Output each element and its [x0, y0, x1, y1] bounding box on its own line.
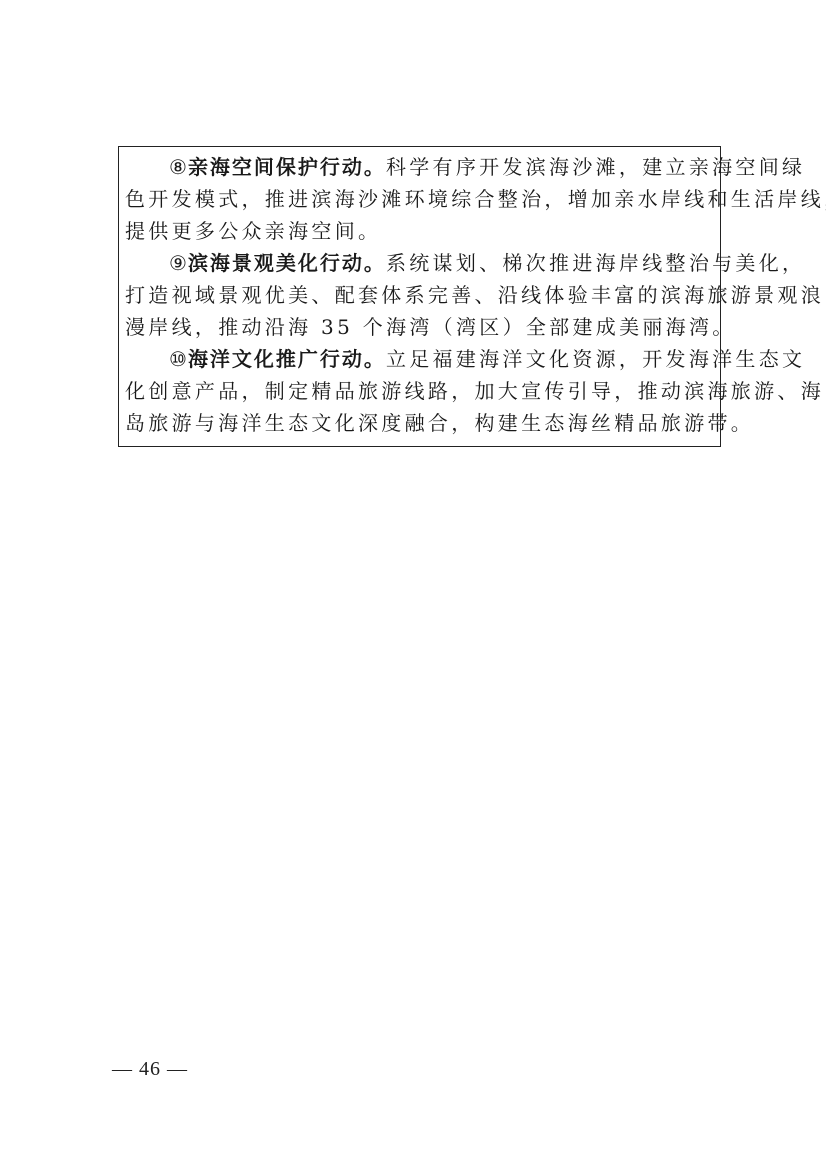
- item-9-line-2: 打造视域景观优美、配套体系完善、沿线体验丰富的滨海旅游景观浪: [125, 279, 715, 311]
- page-number: — 46 —: [112, 1058, 188, 1081]
- item-8-heading: 亲海空间保护行动。: [188, 155, 386, 179]
- item-10-line-2: 化创意产品，制定精品旅游线路，加大宣传引导，推动滨海旅游、海: [125, 375, 715, 407]
- item-9-heading: 滨海景观美化行动。: [188, 251, 386, 275]
- item-8-line-3: 提供更多公众亲海空间。: [125, 215, 715, 247]
- item-9-text-1: 系统谋划、梯次推进海岸线整治与美化，: [386, 251, 805, 275]
- item-8-number: ⑧: [169, 155, 187, 179]
- item-10-heading: 海洋文化推广行动。: [188, 347, 386, 371]
- item-8-paragraph: ⑧亲海空间保护行动。科学有序开发滨海沙滩，建立亲海空间绿 色开发模式，推进滨海沙…: [125, 151, 715, 247]
- item-9-number: ⑨: [169, 251, 187, 275]
- item-10-text-1: 立足福建海洋文化资源，开发海洋生态文: [386, 347, 805, 371]
- item-8-line-1: ⑧亲海空间保护行动。科学有序开发滨海沙滩，建立亲海空间绿: [125, 151, 715, 183]
- item-8-text-1: 科学有序开发滨海沙滩，建立亲海空间绿: [386, 155, 805, 179]
- item-9-paragraph: ⑨滨海景观美化行动。系统谋划、梯次推进海岸线整治与美化， 打造视域景观优美、配套…: [125, 247, 715, 343]
- item-10-paragraph: ⑩海洋文化推广行动。立足福建海洋文化资源，开发海洋生态文 化创意产品，制定精品旅…: [125, 343, 715, 439]
- action-items-box: ⑧亲海空间保护行动。科学有序开发滨海沙滩，建立亲海空间绿 色开发模式，推进滨海沙…: [118, 146, 721, 447]
- item-8-line-2: 色开发模式，推进滨海沙滩环境综合整治，增加亲水岸线和生活岸线，: [125, 183, 715, 215]
- item-10-line-3: 岛旅游与海洋生态文化深度融合，构建生态海丝精品旅游带。: [125, 407, 715, 439]
- item-10-line-1: ⑩海洋文化推广行动。立足福建海洋文化资源，开发海洋生态文: [125, 343, 715, 375]
- item-10-number: ⑩: [169, 347, 187, 371]
- item-9-line-1: ⑨滨海景观美化行动。系统谋划、梯次推进海岸线整治与美化，: [125, 247, 715, 279]
- item-9-line-3: 漫岸线，推动沿海 35 个海湾（湾区）全部建成美丽海湾。: [125, 311, 715, 343]
